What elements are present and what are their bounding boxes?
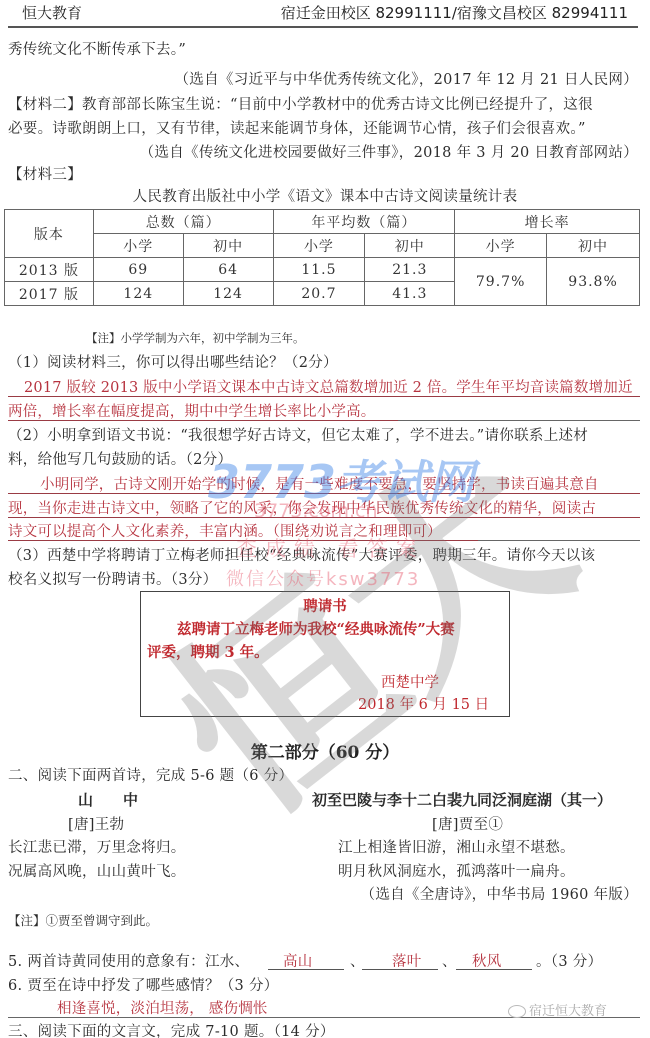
cell-edition: 2013 版 <box>5 258 94 282</box>
stats-table: 版本 总数（篇） 年平均数（篇） 增长率 小学 初中 小学 初中 小学 初中 2… <box>4 209 640 306</box>
cell: 21.3 <box>365 258 455 282</box>
part-two-heading: 第二部分（60 分） <box>0 738 650 763</box>
header-total: 总数（篇） <box>93 210 273 234</box>
wechat-icon <box>508 1005 526 1018</box>
answer-underline <box>8 396 640 397</box>
table-note: 【注】小学学制为六年，初中学制为三年。 <box>86 330 305 346</box>
cell: 41.3 <box>365 282 455 306</box>
q5-end: 。（3 分） <box>536 950 602 971</box>
q2-prompt-line1: （2）小明拿到语文书说：“我很想学好古诗文，但它太难了，学不进去。”请你联系上述… <box>8 424 588 445</box>
blank-underline <box>456 969 532 970</box>
q1-answer-line2[interactable]: 两倍，增长率在幅度提高，期中中学生增长率比小学高。 <box>8 400 376 421</box>
answer-underline <box>8 540 478 541</box>
cell: 69 <box>93 258 183 282</box>
q5-blank1[interactable]: 高山 <box>283 950 312 971</box>
q3-prompt-line1: （3）西楚中学将聘请丁立梅老师担任校“经典咏流传”大赛评委，聘期三年。请你今天以… <box>8 544 595 565</box>
header-divider <box>8 26 638 28</box>
material-two-source: （选自《传统文化进校园要做好三件事》，2018 年 3 月 20 日教育部网站） <box>140 141 638 162</box>
letter-date: 2018 年 6 月 15 日 <box>358 693 489 714</box>
answer-underline <box>478 540 640 541</box>
brand-name: 恒大教育 <box>22 2 82 23</box>
header-growth: 增长率 <box>455 210 640 234</box>
answer-underline <box>8 517 640 518</box>
cell-edition: 2017 版 <box>5 282 94 306</box>
sub-header: 初中 <box>547 234 640 258</box>
poem1-title: 山 中 <box>78 789 138 810</box>
q2-answer-line1[interactable]: 小明同学，古诗文刚开始学的时候，是有一些难度不要急，要坚持学，书读百遍其意自 <box>40 473 599 494</box>
sub-header: 小学 <box>455 234 547 258</box>
appointment-letter: 聘请书 兹聘请丁立梅老师为我校“经典咏流传”大赛 评委，聘期 3 年。 西楚中学… <box>140 591 510 717</box>
header-edition: 版本 <box>5 210 94 258</box>
cell: 20.7 <box>273 282 365 306</box>
poem2-title: 初至巴陵与李十二白裴九同泛洞庭湖（其一） <box>312 789 612 810</box>
cell-growth-primary: 79.7% <box>455 258 547 306</box>
material-three-label: 【材料三】 <box>8 163 82 184</box>
material-two-line2: 必要。诗歌朗朗上口，又有节律，读起来能调节身体，还能调节心情，孩子们会很喜欢。” <box>8 117 586 138</box>
blank-underline <box>362 969 438 970</box>
cell: 11.5 <box>273 258 365 282</box>
material-one-source: （选自《习近平与中华优秀传统文化》，2017 年 12 月 21 日人民网） <box>175 68 639 89</box>
q6-prompt: 6. 贾至在诗中抒发了哪些感情？（3 分） <box>8 974 279 995</box>
q5-prompt: 5. 两首诗黄同使用的意象有：江水、 <box>8 950 249 971</box>
contact-info: 宿迁金田校区 82991111/宿豫文昌校区 82994111 <box>281 2 628 23</box>
social-watermark-text: 宿迁恒大教育 <box>529 1004 607 1019</box>
q6-answer[interactable]: 相逢喜悦，淡泊坦荡， 感伤惆怅 <box>57 997 268 1018</box>
cell-growth-junior: 93.8% <box>547 258 640 306</box>
sub-header: 初中 <box>365 234 455 258</box>
q1-prompt: （1）阅读材料三，你可以得出哪些结论？（2分） <box>8 351 338 372</box>
table-title: 人民教育出版社中小学《语文》课本中古诗文阅读量统计表 <box>0 185 650 206</box>
letter-title: 聘请书 <box>141 595 509 616</box>
blank-underline <box>268 969 344 970</box>
q2-answer-line3[interactable]: 诗文可以提高个人文化素养，丰富内涵。（围绕劝说言之和理即可） <box>8 520 442 541</box>
poem2-author: [唐]贾至① <box>432 813 503 834</box>
cell: 124 <box>183 282 273 306</box>
q5-blank3[interactable]: 秋风 <box>472 950 501 971</box>
cell: 64 <box>183 258 273 282</box>
answer-underline <box>398 420 640 421</box>
q3-prompt-line2: 校名义拟写一份聘请书。（3分） <box>8 568 217 589</box>
social-watermark: 宿迁恒大教育 <box>508 1000 607 1019</box>
poem2-line1: 江上相逢皆旧游，湘山永望不堪愁。 <box>338 836 575 857</box>
q2-answer-line2[interactable]: 现，当你走进古诗文中，领略了它的风采，你会发现中华民族优秀传统文化的精华，阅读古 <box>8 497 596 518</box>
poem1-line1: 长江悲已滞，万里念将归。 <box>8 836 186 857</box>
wechat-watermark: 微信公众号ksw3773 <box>226 565 420 591</box>
section-three-heading: 三、阅读下面的文言文，完成 7-10 题。（14 分） <box>8 1020 335 1038</box>
poem1-author: [唐]王勃 <box>68 813 124 834</box>
q5-blank2[interactable]: 落叶 <box>392 950 421 971</box>
header-average: 年平均数（篇） <box>273 210 455 234</box>
poem-note: 【注】①贾至曾调守到此。 <box>8 911 158 929</box>
poem2-line2: 明月秋风洞庭水，孤鸿落叶一扁舟。 <box>338 860 575 881</box>
letter-body-line1: 兹聘请丁立梅老师为我校“经典咏流传”大赛 <box>177 618 455 639</box>
material-two-line1: 【材料二】教育部部长陈宝生说：“目前中小学教材中的优秀古诗文比例已经提升了，这很 <box>8 93 593 114</box>
q1-answer-line1[interactable]: 2017 版较 2013 版中小学语文课本中古诗文总篇数增加近 2 倍。学生年平… <box>24 376 633 397</box>
letter-signature: 西楚中学 <box>381 671 439 692</box>
cell: 124 <box>93 282 183 306</box>
letter-body-line2: 评委，聘期 3 年。 <box>147 641 269 662</box>
answer-underline <box>8 420 398 421</box>
answer-underline <box>8 493 640 494</box>
poem2-source: （选自《全唐诗》，中华书局 1960 年版） <box>361 883 638 904</box>
q5-sep: 、 <box>350 950 365 971</box>
sub-header: 小学 <box>273 234 365 258</box>
sub-header: 小学 <box>93 234 183 258</box>
section-two-heading: 二、阅读下面两首诗，完成 5-6 题（6 分） <box>8 764 293 785</box>
q2-prompt-line2: 料，给他写几句鼓励的话。（2分） <box>8 448 232 469</box>
poem1-line2: 况属高风晚，山山黄叶飞。 <box>8 860 186 881</box>
table-row: 2013 版 69 64 11.5 21.3 79.7% 93.8% <box>5 258 640 282</box>
material-one-tail: 秀传统文化不断传承下去。” <box>8 38 186 59</box>
sub-header: 初中 <box>183 234 273 258</box>
q5-sep: 、 <box>442 950 457 971</box>
